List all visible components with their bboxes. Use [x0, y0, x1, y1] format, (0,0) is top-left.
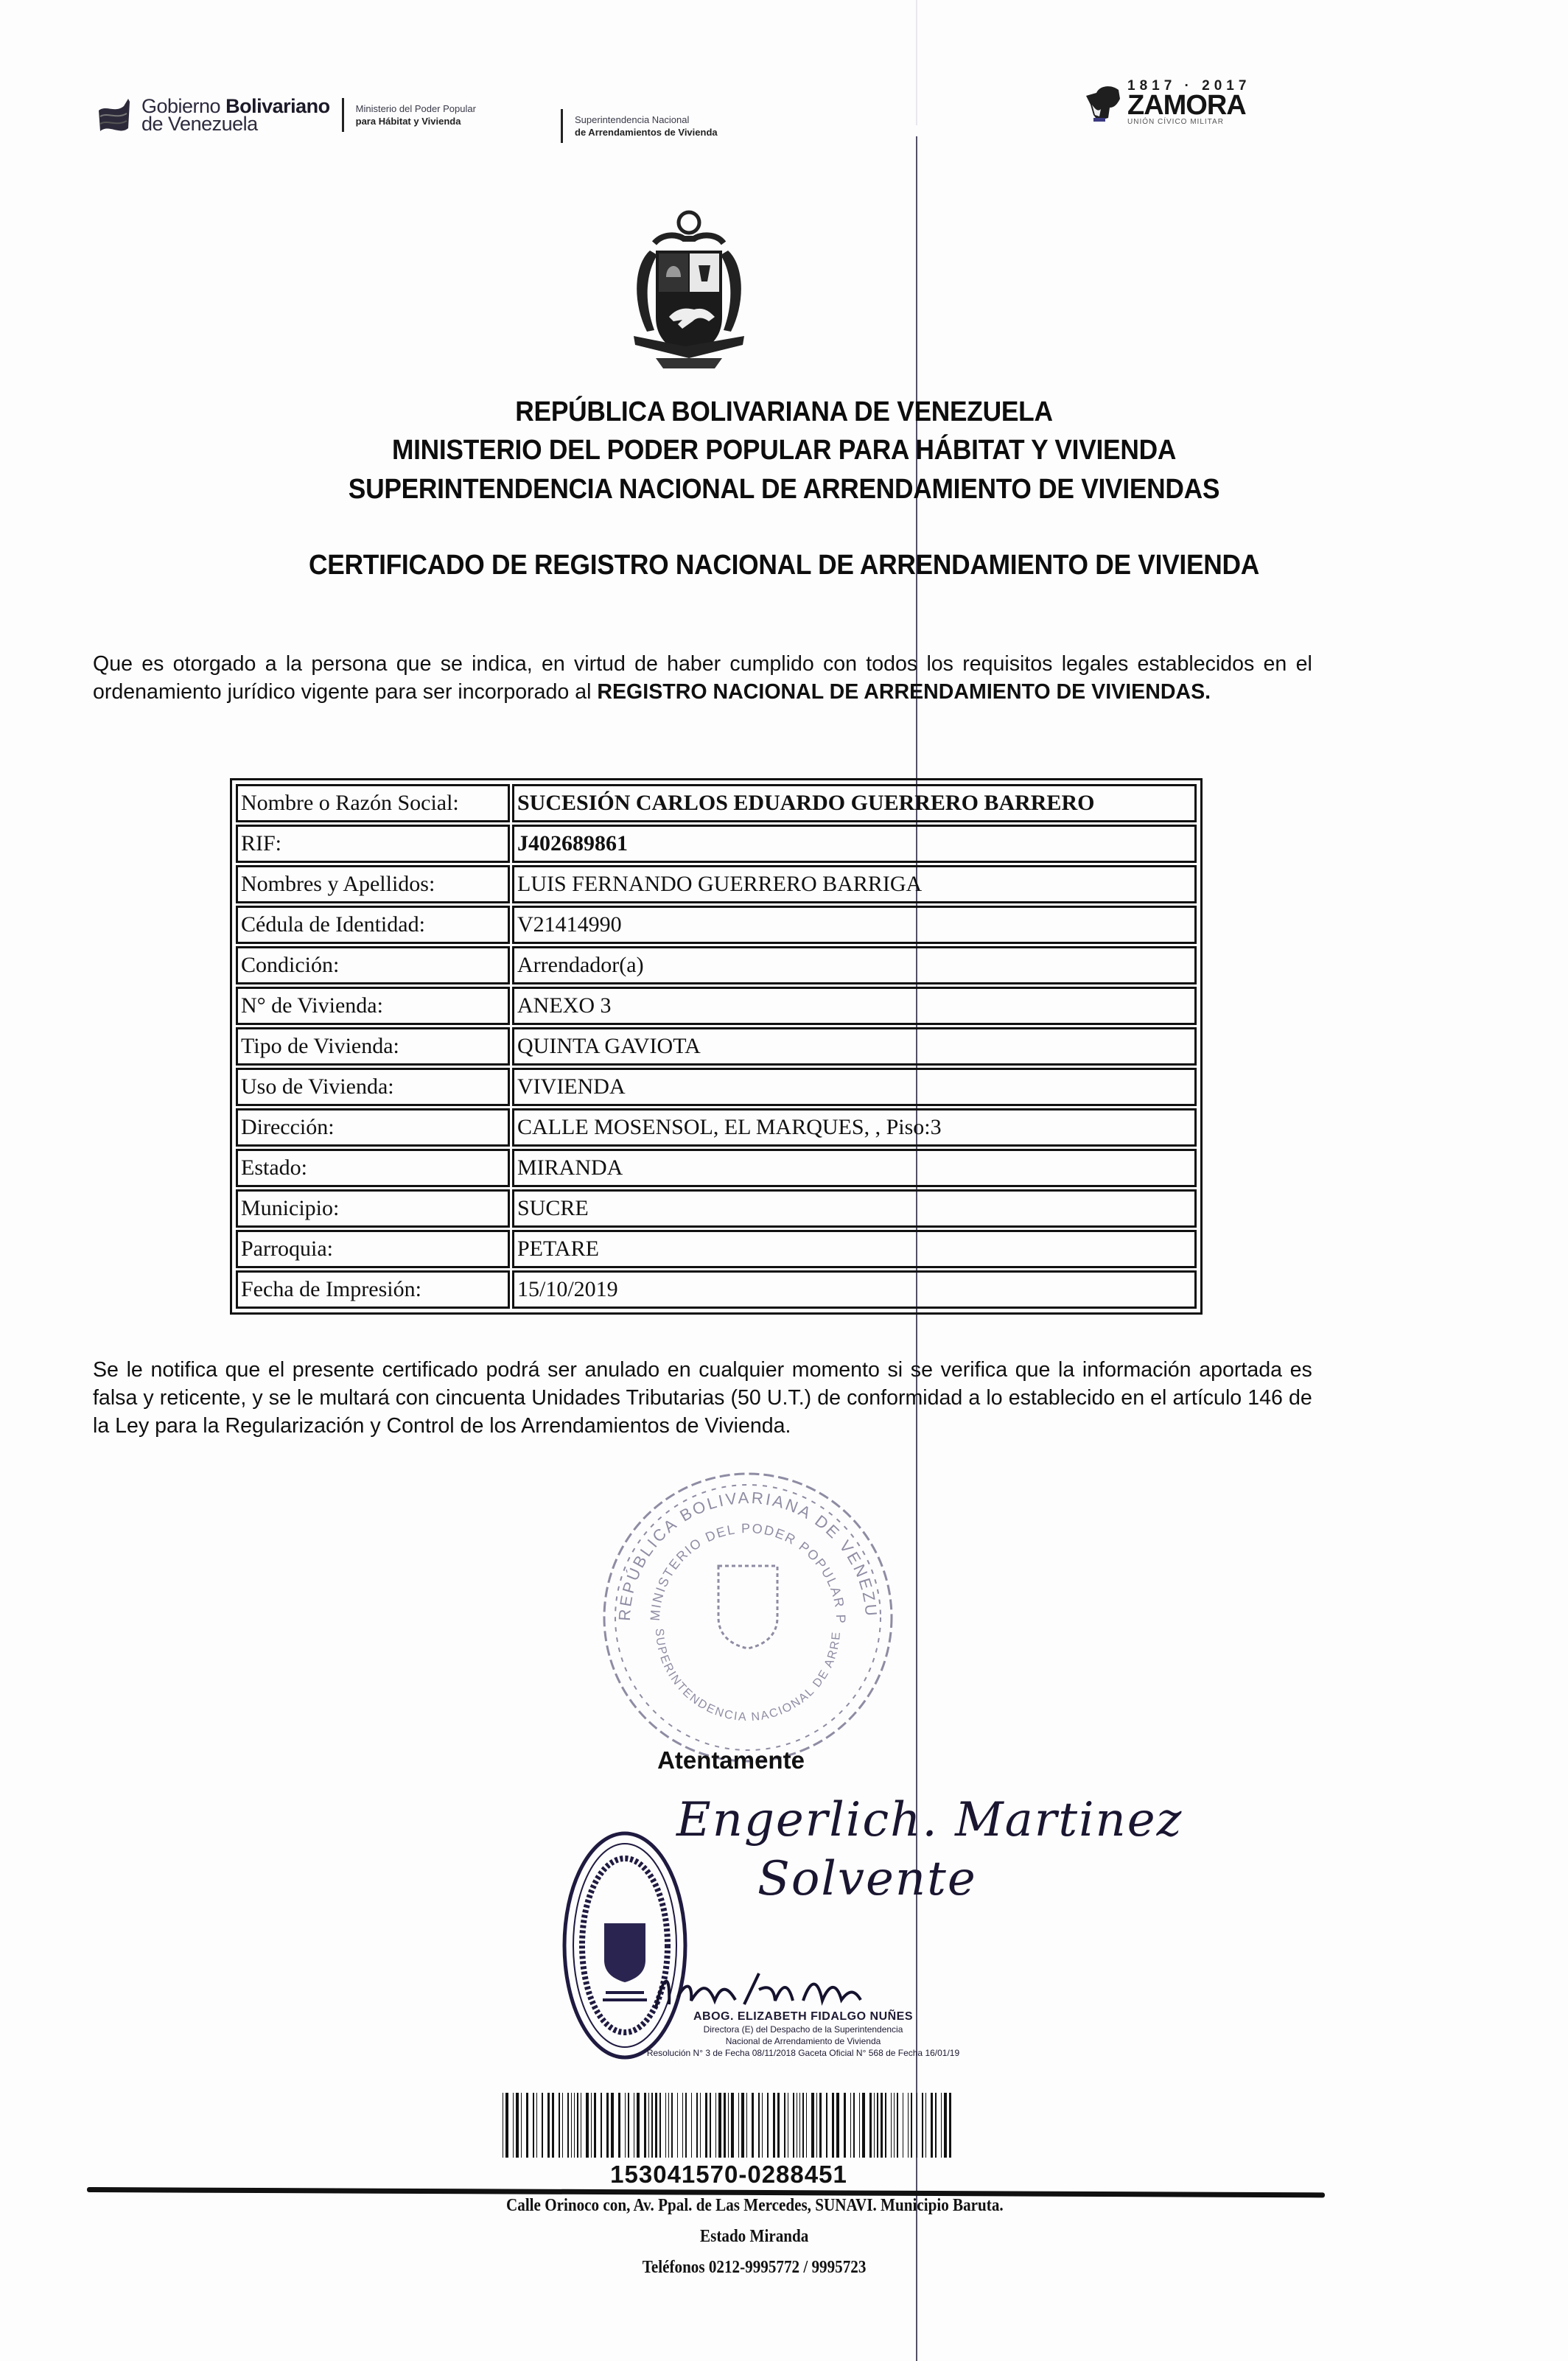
field-value: CALLE MOSENSOL, EL MARQUES, , Piso:3	[512, 1108, 1197, 1147]
table-row: Estado:MIRANDA	[236, 1149, 1197, 1187]
handwritten-note: Engerlich. Martinez Solvente	[676, 1791, 1183, 1909]
zamora-name: ZAMORA	[1127, 93, 1250, 118]
table-row: Municipio:SUCRE	[236, 1189, 1197, 1228]
field-label: RIF:	[236, 825, 510, 863]
table-row: Parroquia:PETARE	[236, 1230, 1197, 1268]
signer-block: ABOG. ELIZABETH FIDALGO NUÑES Directora …	[645, 2010, 962, 2059]
superintendence-logo: Superintendencia Nacional de Arrendamien…	[556, 109, 718, 143]
field-label: Nombres y Apellidos:	[236, 865, 510, 903]
field-value: SUCRE	[512, 1189, 1197, 1228]
table-row: Condición:Arrendador(a)	[236, 946, 1197, 984]
field-value: J402689861	[512, 825, 1197, 863]
table-row: Fecha de Impresión:15/10/2019	[236, 1270, 1197, 1309]
government-logo: Gobierno Bolivariano de Venezuela Minist…	[96, 94, 476, 136]
field-label: Fecha de Impresión:	[236, 1270, 510, 1309]
table-row: Nombres y Apellidos:LUIS FERNANDO GUERRE…	[236, 865, 1197, 903]
svg-text:REPÚBLICA BOLIVARIANA DE VENEZ: REPÚBLICA BOLIVARIANA DE VENEZUELA	[589, 1463, 881, 1621]
zamora-portrait-icon	[1082, 83, 1124, 124]
heading-superintendence: SUPERINTENDENCIA NACIONAL DE ARRENDAMIEN…	[55, 474, 1513, 506]
coat-of-arms-icon	[612, 206, 766, 376]
notice-paragraph: Se le notifica que el presente certifica…	[93, 1356, 1312, 1440]
field-label: Dirección:	[236, 1108, 510, 1147]
heading-republic: REPÚBLICA BOLIVARIANA DE VENEZUELA	[55, 396, 1513, 428]
barcode	[503, 2093, 953, 2158]
field-value: V21414990	[512, 906, 1197, 944]
government-logo-text: Gobierno Bolivariano de Venezuela	[141, 97, 330, 133]
field-value: 15/10/2019	[512, 1270, 1197, 1309]
field-label: Nombre o Razón Social:	[236, 784, 510, 822]
footer-state: Estado Miranda	[0, 2227, 1568, 2247]
table-row: RIF:J402689861	[236, 825, 1197, 863]
footer-phones: Teléfonos 0212-9995772 / 9995723	[0, 2258, 1568, 2278]
field-value: Arrendador(a)	[512, 946, 1197, 984]
logo-separator	[561, 109, 563, 143]
field-value: LUIS FERNANDO GUERRERO BARRIGA	[512, 865, 1197, 903]
field-label: Condición:	[236, 946, 510, 984]
signer-name: ABOG. ELIZABETH FIDALGO NUÑES	[645, 2010, 962, 2024]
closing-salutation: Atentamente	[0, 1746, 1568, 1774]
table-row: Tipo de Vivienda:QUINTA GAVIOTA	[236, 1027, 1197, 1066]
table-row: Dirección:CALLE MOSENSOL, EL MARQUES, , …	[236, 1108, 1197, 1147]
superintendence-logo-text: Superintendencia Nacional de Arrendamien…	[575, 113, 718, 139]
field-label: Uso de Vivienda:	[236, 1068, 510, 1106]
field-value: VIVIENDA	[512, 1068, 1197, 1106]
registry-table: Nombre o Razón Social:SUCESIÓN CARLOS ED…	[230, 778, 1203, 1315]
field-value: SUCESIÓN CARLOS EDUARDO GUERRERO BARRERO	[512, 784, 1197, 822]
field-label: N° de Vivienda:	[236, 987, 510, 1025]
field-value: MIRANDA	[512, 1149, 1197, 1187]
field-label: Municipio:	[236, 1189, 510, 1228]
table-row: Cédula de Identidad:V21414990	[236, 906, 1197, 944]
table-row: Uso de Vivienda:VIVIENDA	[236, 1068, 1197, 1106]
table-row: N° de Vivienda:ANEXO 3	[236, 987, 1197, 1025]
table-row: Nombre o Razón Social:SUCESIÓN CARLOS ED…	[236, 784, 1197, 822]
field-value: ANEXO 3	[512, 987, 1197, 1025]
logo-separator	[342, 98, 344, 132]
official-round-stamp: REPÚBLICA BOLIVARIANA DE VENEZUELA MINIS…	[589, 1463, 906, 1772]
footer-address: Calle Orinoco con, Av. Ppal. de Las Merc…	[0, 2196, 1568, 2216]
field-label: Estado:	[236, 1149, 510, 1187]
zamora-logo: 1817 · 2017 ZAMORA UNIÓN CÍVICO MILITAR	[1082, 80, 1250, 127]
certificate-title: CERTIFICADO DE REGISTRO NACIONAL DE ARRE…	[55, 550, 1513, 581]
field-label: Cédula de Identidad:	[236, 906, 510, 944]
waving-flag-icon	[96, 94, 134, 136]
ministry-logo-text: Ministerio del Poder Popular para Hábita…	[356, 102, 476, 127]
barcode-number: 153041570-0288451	[0, 2161, 1568, 2189]
intro-paragraph: Que es otorgado a la persona que se indi…	[93, 650, 1312, 706]
director-signature	[648, 1967, 869, 2012]
heading-ministry: MINISTERIO DEL PODER POPULAR PARA HÁBITA…	[55, 435, 1513, 466]
field-label: Parroquia:	[236, 1230, 510, 1268]
field-label: Tipo de Vivienda:	[236, 1027, 510, 1066]
field-value: PETARE	[512, 1230, 1197, 1268]
field-value: QUINTA GAVIOTA	[512, 1027, 1197, 1066]
